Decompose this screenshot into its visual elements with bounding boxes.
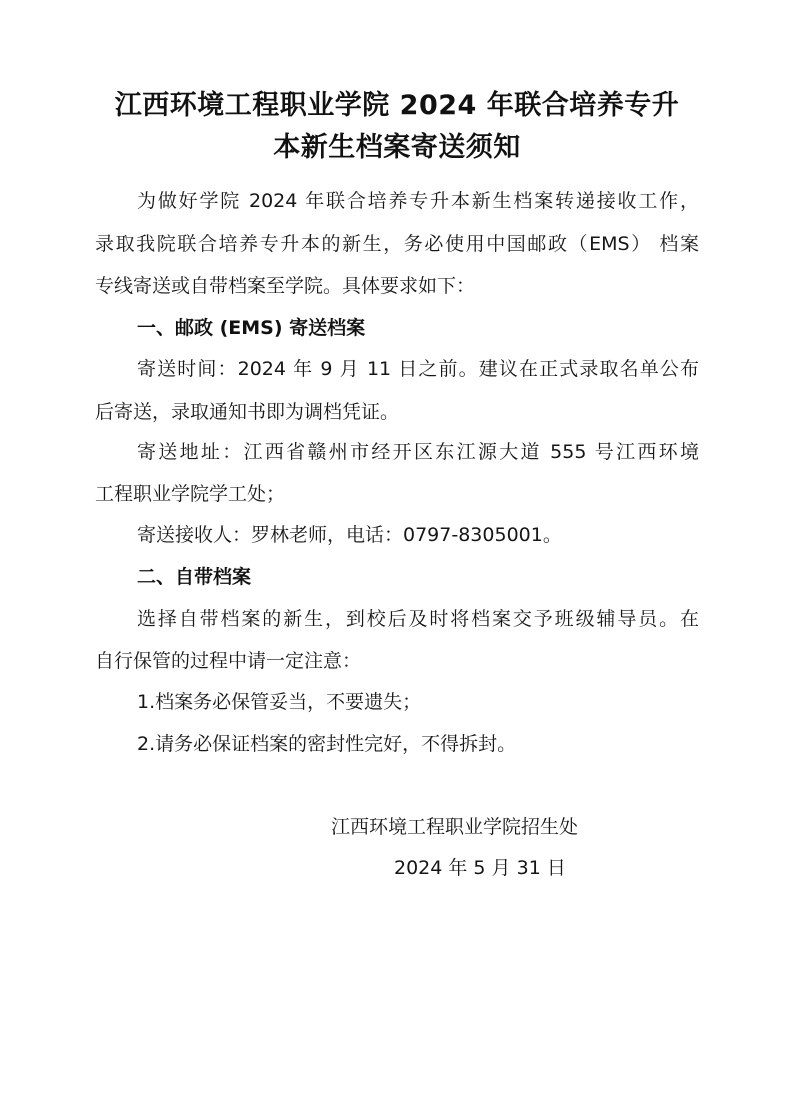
signature-date: 2024 年 5 月 31 日 (394, 855, 566, 881)
document-page: 江西环境工程职业学院 2024 年联合培养专升 本新生档案寄送须知 为做好学院 … (0, 0, 794, 1107)
section1-heading: 一、邮政 (EMS) 寄送档案 (137, 315, 365, 341)
intro-line3: 专线寄送或自带档案至学院。具体要求如下： (95, 273, 475, 299)
intro-line1: 为做好学院 2024 年联合培养专升本新生档案转递接收工作， (137, 188, 699, 214)
intro-line2: 录取我院联合培养专升本的新生，务必使用中国邮政（EMS） 档案 (95, 231, 699, 257)
section1-time-line2: 后寄送，录取通知书即为调档凭证。 (95, 399, 399, 425)
section2-para-line2: 自行保管的过程中请一定注意： (95, 648, 361, 674)
section2-item2: 2.请务必保证档案的密封性完好，不得拆封。 (137, 731, 516, 757)
document-title-line1: 江西环境工程职业学院 2024 年联合培养专升 (0, 88, 794, 124)
signature-org: 江西环境工程职业学院招生处 (331, 814, 578, 840)
section2-item1: 1.档案务必保管妥当，不要遗失； (137, 689, 421, 715)
section1-address-line2: 工程职业学院学工处； (95, 481, 285, 507)
section1-recipient: 寄送接收人：罗林老师，电话：0797-8305001。 (137, 522, 562, 548)
section2-para-line1: 选择自带档案的新生，到校后及时将档案交予班级辅导员。在 (137, 606, 699, 632)
section1-time-line1: 寄送时间：2024 年 9 月 11 日之前。建议在正式录取名单公布 (137, 356, 699, 382)
section1-address-line1: 寄送地址：江西省赣州市经开区东江源大道 555 号江西环境 (137, 439, 699, 465)
section2-heading: 二、自带档案 (137, 564, 251, 590)
document-title-line2: 本新生档案寄送须知 (0, 130, 794, 166)
